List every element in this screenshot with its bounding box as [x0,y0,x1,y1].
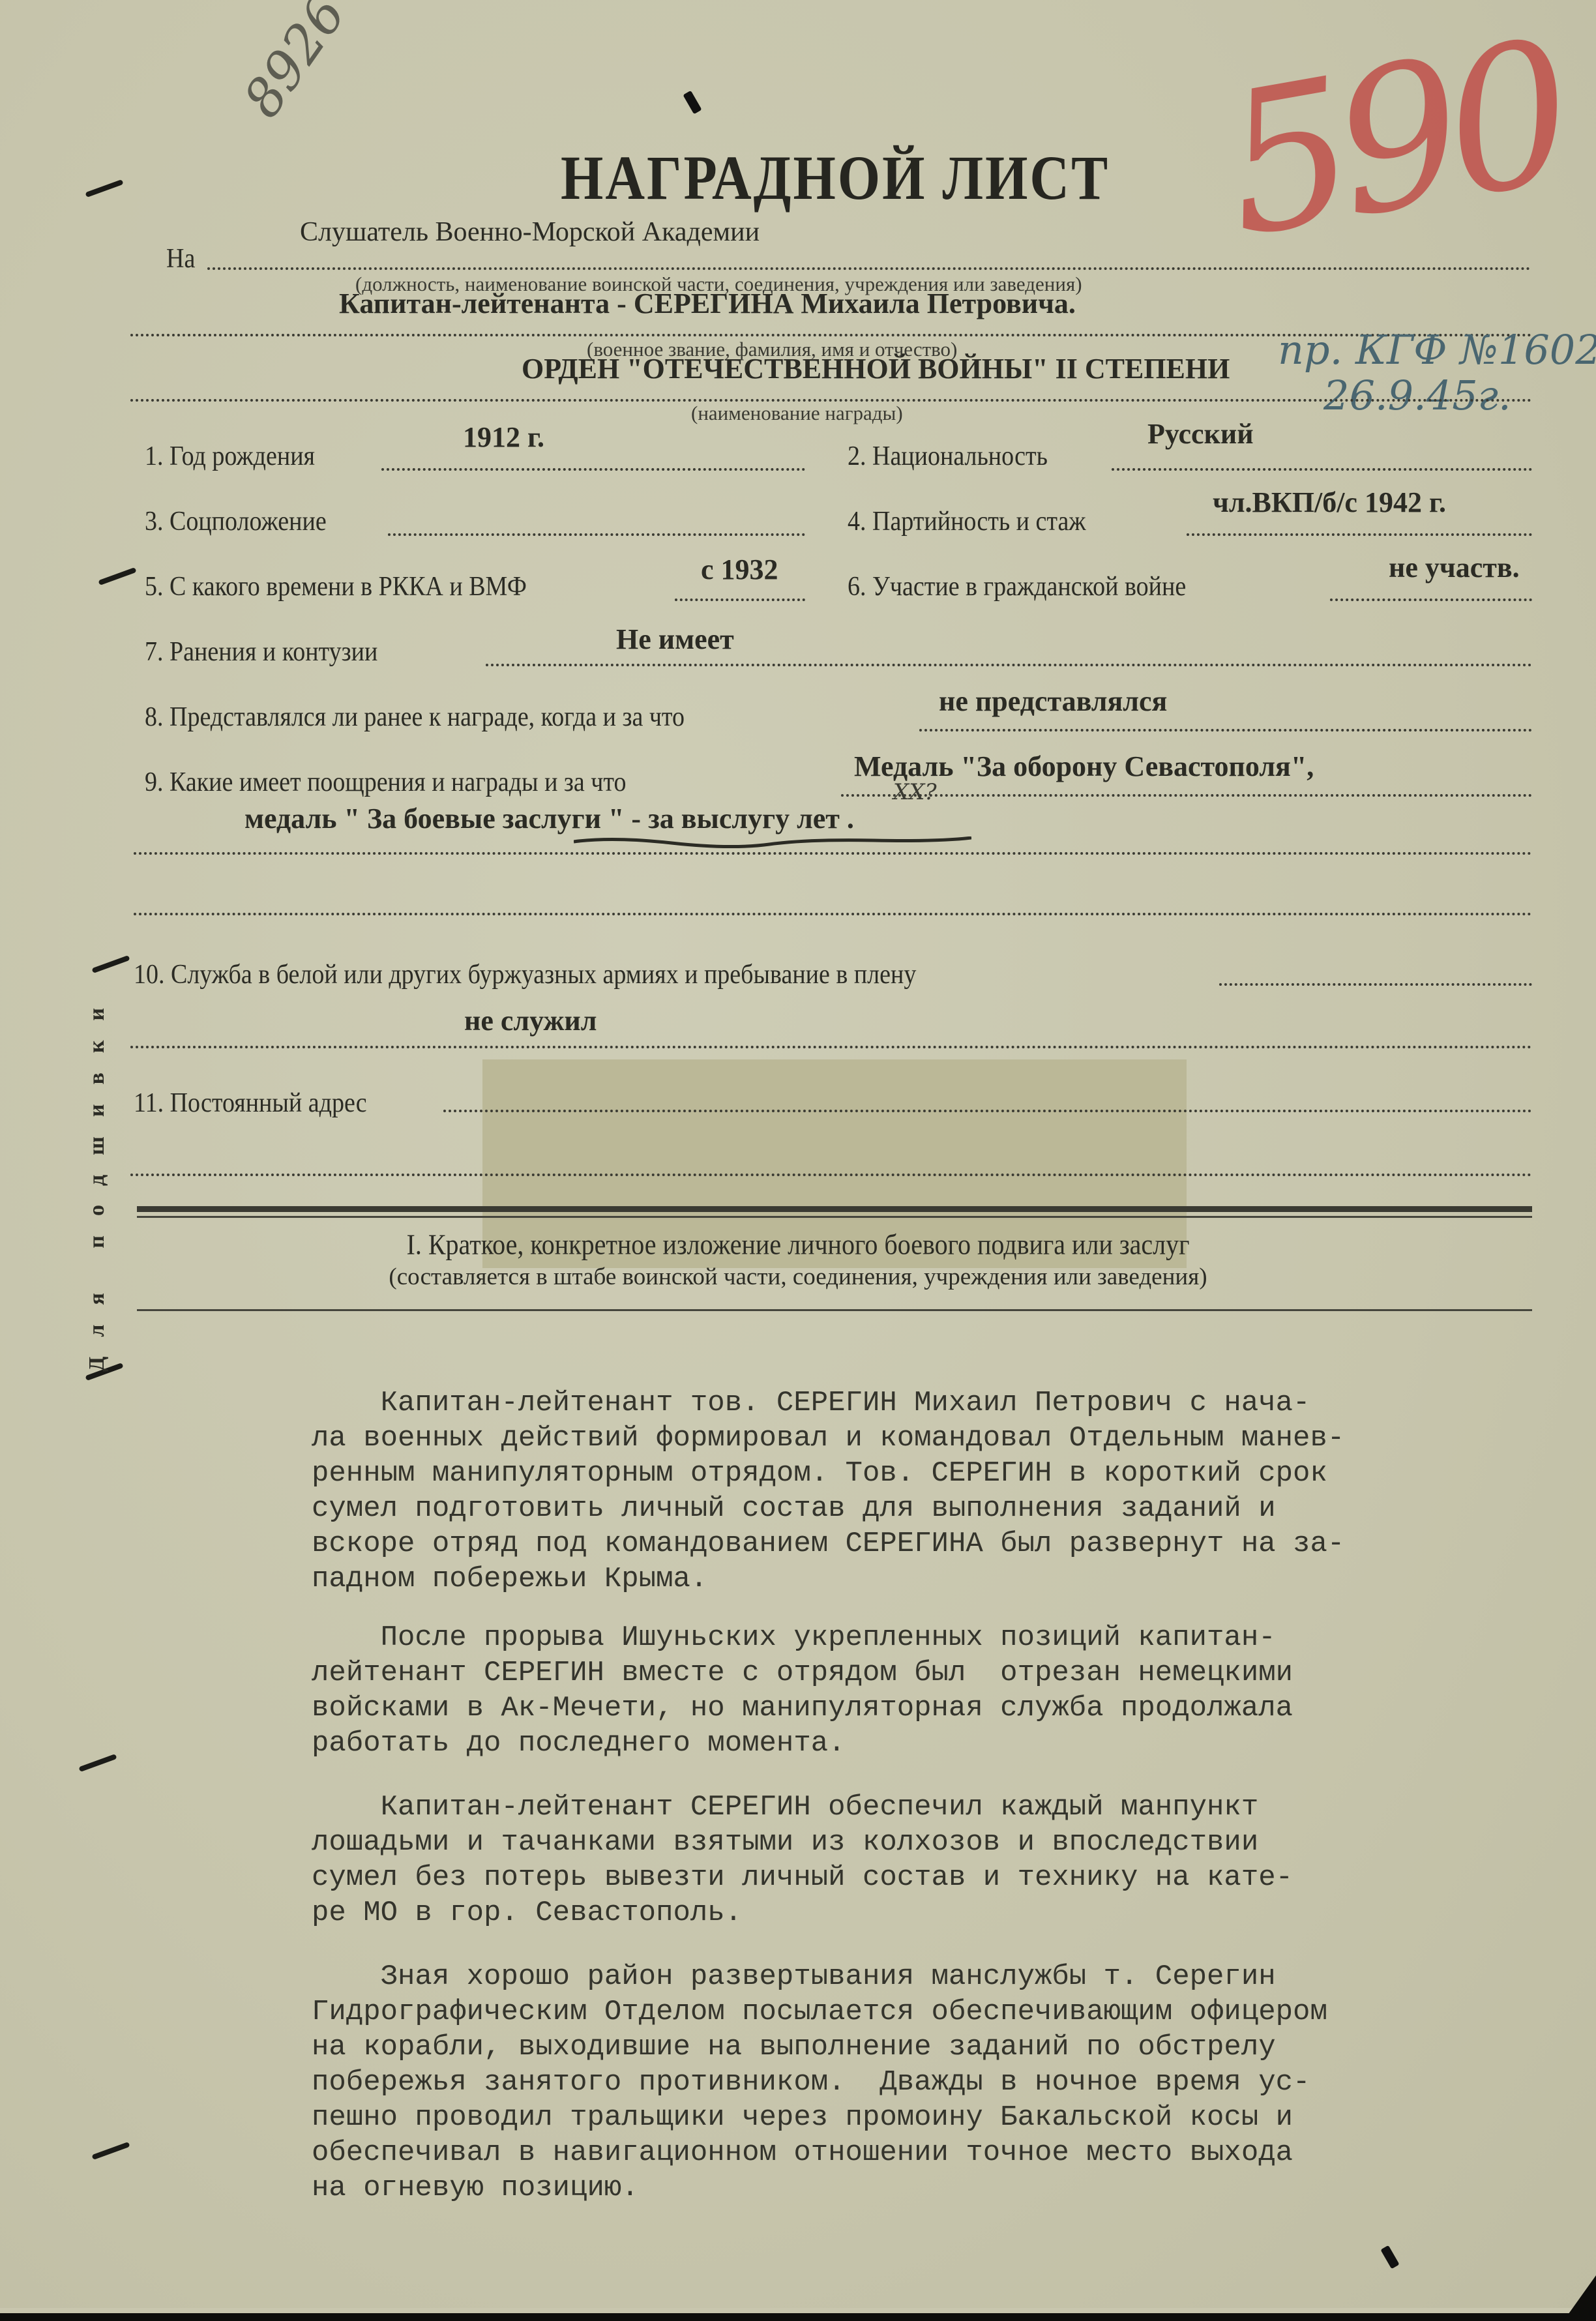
position-value: Слушатель Военно-Морской Академии [300,216,760,248]
narrative-paragraph-4: Зная хорошо район развертывания манслужб… [312,1959,1498,2206]
field-5-line [675,599,805,601]
field-3-line [388,533,805,536]
field-11-line [443,1110,1532,1112]
field-3-label: 3. Соцположение [145,506,327,537]
field-9-line [841,794,1532,797]
narrative-paragraph-1: Капитан-лейтенант тов. СЕРЕГИН Михаил Пе… [312,1385,1498,1597]
field-2-label: 2. Национальность [848,441,1048,472]
field-9-value-line2: медаль " За боевые заслуги " - за выслуг… [244,802,854,835]
field-10-value: не служил [464,1004,597,1037]
field-9-label: 9. Какие имеет поощрения и награды и за … [145,767,627,798]
field-9-line-3 [134,913,1532,915]
field-1-value: 1912 г. [463,421,544,454]
field-9-value-line1: Медаль "За оборону Севастополя", [854,750,1314,783]
field-10-line [1219,983,1532,986]
handwritten-underline [574,836,971,850]
field-7-label: 7. Ранения и контузии [145,636,377,668]
corner-fold [1563,2275,1596,2321]
field-5-label: 5. С какого времени в РККА и ВМФ [145,571,527,602]
field-9-line-2 [134,852,1532,855]
page-title: НАГРАДНОЙ ЛИСТ [561,142,1110,215]
field-11-line-2 [130,1174,1532,1176]
field-1-line [381,468,805,471]
field-6-value: не участв. [1389,551,1520,584]
to-label: На [166,243,195,274]
field-11-label: 11. Постоянный адрес [134,1087,367,1119]
field-6-line [1330,599,1532,601]
field-6-label: 6. Участие в гражданской войне [848,571,1186,602]
field-10-label: 10. Служба в белой или других буржуазных… [134,959,916,990]
section-title: I. Краткое, конкретное изложение личного… [0,1228,1596,1262]
field-4-value: чл.ВКП/б/с 1942 г. [1213,486,1446,519]
field-5-value: с 1932 [701,553,778,586]
field-4-line [1187,533,1532,536]
field-10-line-2 [130,1046,1532,1048]
section-divider-thick [137,1206,1532,1212]
award-value: ОРДЕН "ОТЕЧЕСТВЕННОЙ ВОЙНЫ" II СТЕПЕНИ [522,352,1230,385]
narrative-paragraph-2: После прорыва Ишуньских укрепленных пози… [312,1620,1498,1761]
field-8-value: не представлялся [939,685,1167,718]
position-line [207,267,1531,270]
name-value: Капитан-лейтенанта - СЕРЕГИНА Михаила Пе… [339,287,1076,320]
section-subtitle: (составляется в штабе воинской части, со… [0,1263,1596,1291]
narrative-paragraph-3: Капитан-лейтенант СЕРЕГИН обеспечил кажд… [312,1790,1498,1930]
binding-margin-text: Для подшивки [85,952,124,1408]
field-2-line [1112,468,1532,471]
section-divider-thin [137,1216,1532,1218]
order-note-line2: 26.9.45г. [1323,372,1511,419]
field-8-line [919,729,1532,732]
award-caption: (наименование награды) [691,402,903,425]
order-note-line1: пр. КГФ №1602 [1278,326,1596,374]
field-9-handwritten-mark: XX? [893,779,937,805]
field-4-label: 4. Партийность и стаж [848,506,1086,537]
scan-bottom-edge [0,2313,1596,2321]
field-7-value: Не имеет [616,623,734,656]
field-8-label: 8. Представлялся ли ранее к награде, ког… [145,702,685,733]
field-7-line [486,664,1532,666]
section-bottom-rule [137,1309,1532,1311]
field-1-label: 1. Год рождения [145,441,315,472]
field-2-value: Русский [1147,417,1254,451]
